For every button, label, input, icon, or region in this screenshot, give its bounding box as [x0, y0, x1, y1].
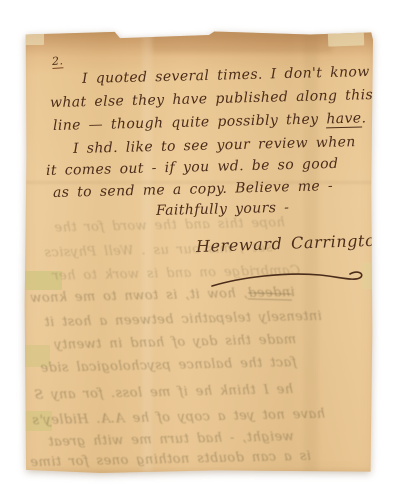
letter-line: I quoted several times. I don't know [82, 64, 370, 87]
letter-line: what else they have published along this [50, 87, 373, 111]
bleed-through-line: intensely telepathic between a host it [44, 309, 322, 330]
underlined-word: have [326, 110, 362, 128]
bleed-through-line: have not yet a copy of he A.A. Hidley's [32, 407, 325, 429]
bleed-through-line: weight, - had turn me with great [48, 429, 294, 450]
bleed-through-line: he I think he if me loss. for any S [34, 382, 293, 403]
signature: Hereward Carrington. [196, 230, 392, 256]
letter-line: it comes out - if you wd. be so good [46, 156, 339, 179]
bleed-through-strikethrough-mark [248, 292, 292, 300]
bleed-through-line: is a can doubts nothing ones for time [30, 449, 311, 470]
bleed-through-line: fact the balance psychological side [40, 355, 297, 376]
scanned-letter-background: hope this and the word for the set , mis… [0, 0, 395, 500]
page-number: 2. [52, 54, 64, 69]
bleed-through-line: made this day of hand in twenty [54, 332, 296, 352]
letter-line-text: line — though quite possibly they [53, 111, 327, 134]
letter-line-text: . [361, 110, 366, 126]
letter-closing: Faithfully yours - [156, 200, 290, 219]
tape-residue [22, 29, 44, 45]
letter-page-wrapper: hope this and the word for the set , mis… [24, 31, 373, 473]
letter-line: line — though quite possibly they have. [53, 110, 367, 134]
letter-page: hope this and the word for the set , mis… [24, 31, 373, 473]
signature-flourish [210, 268, 370, 292]
tape-residue [328, 28, 365, 46]
